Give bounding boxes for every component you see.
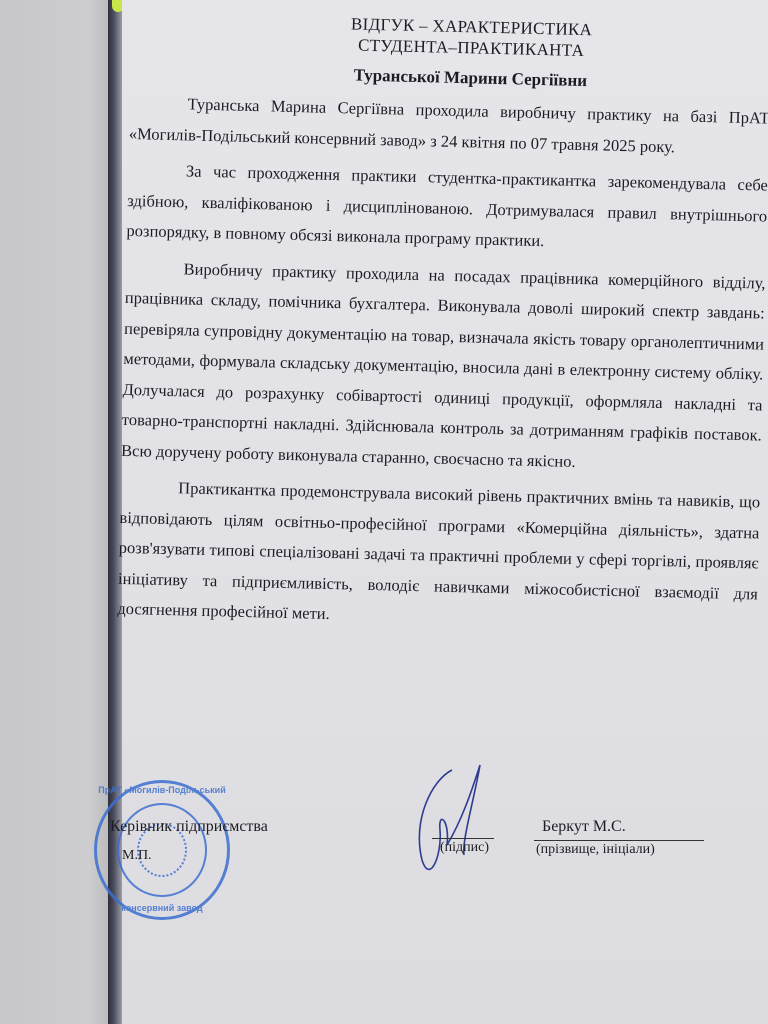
signatory-surname: Беркут М.С. xyxy=(542,818,626,836)
paragraph-4: Практикантка продемонструвала високий рі… xyxy=(117,472,761,640)
surname-caption: (прізвище, ініціали) xyxy=(536,842,655,858)
signature-line xyxy=(432,838,494,839)
document-page: ВІДГУК – ХАРАКТЕРИСТИКА СТУДЕНТА–ПРАКТИК… xyxy=(122,0,768,1024)
surname-line xyxy=(534,840,704,841)
signature-block: ПрАТ «Могилів-Подільський консервний зав… xyxy=(122,760,768,960)
paragraph-3: Виробничу практику проходила на посадах … xyxy=(121,252,766,481)
stamp-top-text: ПрАТ «Могилів-Подільський xyxy=(97,785,227,795)
stamp-bottom-text: консервний завод xyxy=(97,903,227,913)
document-content: ВІДГУК – ХАРАКТЕРИСТИКА СТУДЕНТА–ПРАКТИК… xyxy=(117,8,768,640)
handwritten-signature-icon xyxy=(392,760,502,890)
left-page xyxy=(0,0,112,1024)
paragraph-1: Туранська Марина Сергіївна проходила вир… xyxy=(129,88,768,165)
role-label: Керівник підприємства xyxy=(110,818,268,836)
company-stamp: ПрАТ «Могилів-Подільський консервний зав… xyxy=(94,780,230,920)
signature-caption: (підпис) xyxy=(440,840,489,856)
paragraph-2: За час проходження практики студентка-пр… xyxy=(126,155,768,262)
stamp-place-label: М.П. xyxy=(122,848,152,864)
